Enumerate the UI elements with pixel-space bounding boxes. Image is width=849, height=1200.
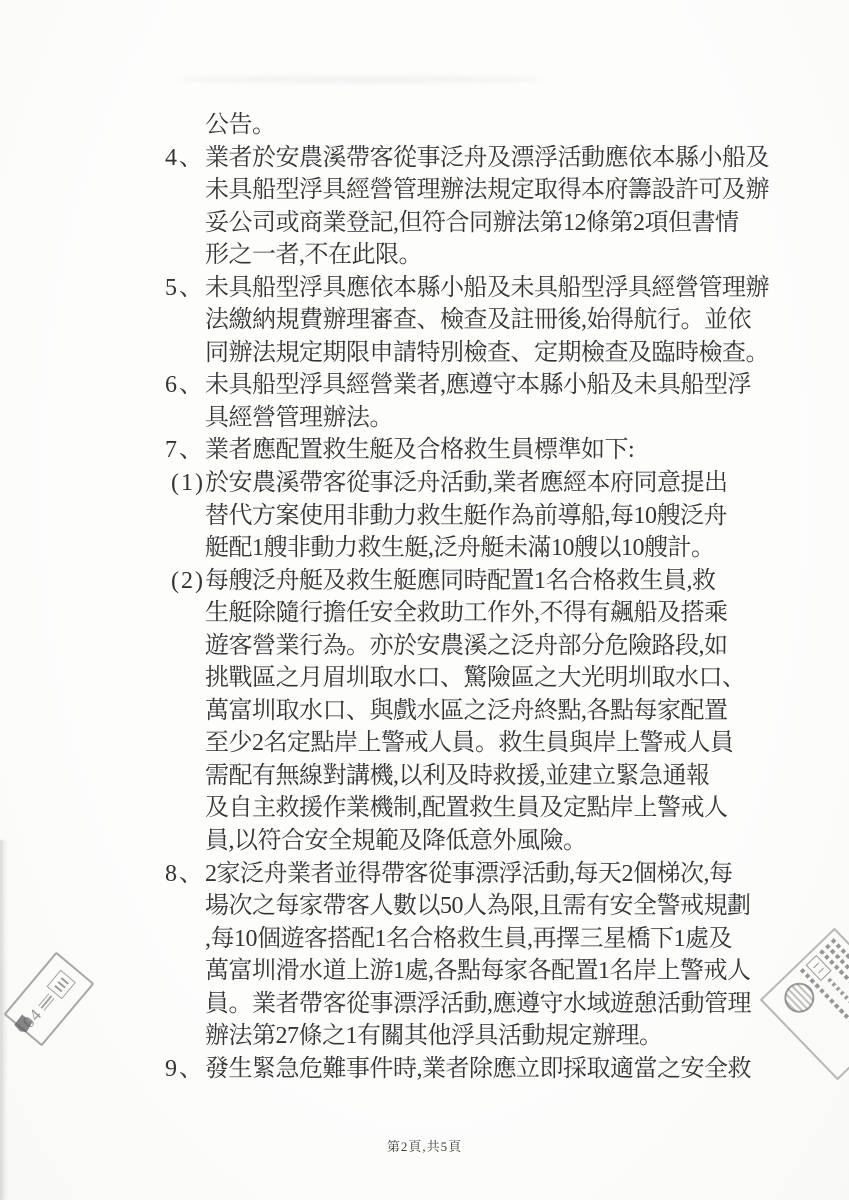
- item-marker: 7、: [165, 434, 205, 467]
- line-text: 辦法第27條之1有關其他浮具活動規定辦理。: [205, 1023, 663, 1049]
- line-text: 場次之每家帶客人數以50人為限,且需有安全警戒規劃: [205, 893, 751, 919]
- line-text: ,每10個遊客搭配1名合格救生員,再擇三星橋下1處及: [205, 926, 732, 952]
- line-text: 未具船型浮具經營業者,應遵守本縣小船及未具船型浮: [205, 372, 751, 398]
- document-text-block: 公告。 4、業者於安農溪帶客從事泛舟及漂浮活動應依本縣小船及 未具船型浮具經營管…: [205, 109, 795, 1085]
- document-line: 萬富圳滑水道上游1處,各點每家各配置1名岸上警戒人: [205, 955, 795, 988]
- document-line: 形之一者,不在此限。: [205, 239, 795, 272]
- line-text: 同辦法規定期限申請特別檢查、定期檢查及臨時檢查。: [205, 340, 769, 366]
- line-text: 未具船型浮具應依本縣小船及未具船型浮具經營管理辦: [205, 275, 769, 301]
- line-text: 至少2名定點岸上警戒人員。救生員與岸上警戒人員: [205, 730, 734, 756]
- item-marker: 4、: [165, 142, 205, 175]
- item-marker: 9、: [165, 1053, 205, 1086]
- line-text: 替代方案使用非動力救生艇作為前導船,每10艘泛舟: [205, 503, 727, 529]
- line-text: 具經營管理辦法。: [205, 405, 393, 431]
- line-text: 業者於安農溪帶客從事泛舟及漂浮活動應依本縣小船及: [205, 145, 769, 171]
- document-line: 辦法第27條之1有關其他浮具活動規定辦理。: [205, 1020, 795, 1053]
- document-line: 7、業者應配置救生艇及合格救生員標準如下:: [205, 434, 795, 467]
- document-line: 替代方案使用非動力救生艇作為前導船,每10艘泛舟: [205, 500, 795, 533]
- document-line: 至少2名定點岸上警戒人員。救生員與岸上警戒人員: [205, 727, 795, 760]
- line-text: 生艇除隨行擔任安全救助工作外,不得有飆船及搭乘: [205, 600, 728, 626]
- line-text: 挑戰區之月眉圳取水口、驚險區之大光明圳取水口、: [205, 665, 746, 691]
- document-line: 未具船型浮具經營管理辦法規定取得本府籌設許可及辦: [205, 174, 795, 207]
- document-line: 場次之每家帶客人數以50人為限,且需有安全警戒規劃: [205, 890, 795, 923]
- line-text: 發生緊急危難事件時,業者除應立即採取適當之安全救: [205, 1056, 751, 1082]
- document-line: ,每10個遊客搭配1名合格救生員,再擇三星橋下1處及: [205, 923, 795, 956]
- document-line: 及自主救援作業機制,配置救生員及定點岸上警戒人: [205, 792, 795, 825]
- line-text: 形之一者,不在此限。: [205, 242, 422, 268]
- scanned-page: 公告。 4、業者於安農溪帶客從事泛舟及漂浮活動應依本縣小船及 未具船型浮具經營管…: [0, 0, 849, 1200]
- line-text: 員,以符合安全規範及降低意外風險。: [205, 828, 587, 854]
- line-text: 艇配1艘非動力救生艇,泛舟艇未滿10艘以10艘計。: [205, 535, 715, 561]
- document-line: 具經營管理辦法。: [205, 402, 795, 435]
- document-line: 生艇除隨行擔任安全救助工作外,不得有飆船及搭乘: [205, 597, 795, 630]
- subitem-marker: (1): [171, 467, 205, 500]
- document-line: 妥公司或商業登記,但符合同辦法第12條第2項但書情: [205, 207, 795, 240]
- line-text: 未具船型浮具經營管理辦法規定取得本府籌設許可及辦: [205, 177, 769, 203]
- subitem-marker: (2): [171, 565, 205, 598]
- document-line: 4、業者於安農溪帶客從事泛舟及漂浮活動應依本縣小船及: [205, 142, 795, 175]
- item-marker: 8、: [165, 858, 205, 891]
- document-line: (2)每艘泛舟艇及救生艇應同時配置1名合格救生員,救: [205, 565, 795, 598]
- line-text: 每艘泛舟艇及救生艇應同時配置1名合格救生員,救: [205, 568, 716, 594]
- document-line: (1)於安農溪帶客從事泛舟活動,業者應經本府同意提出: [205, 467, 795, 500]
- document-line: 8、2家泛舟業者並得帶客從事漂浮活動,每天2個梯次,每: [205, 858, 795, 891]
- line-text: 員。業者帶客從事漂浮活動,應遵守水域遊憩活動管理: [205, 991, 751, 1017]
- document-line: 6、未具船型浮具經營業者,應遵守本縣小船及未具船型浮: [205, 369, 795, 402]
- stamp-lines-icon: [38, 993, 55, 1011]
- document-line: 需配有無線對講機,以利及時救援,並建立緊急通報: [205, 760, 795, 793]
- document-line: 萬富圳取水口、與戲水區之泛舟終點,各點每家配置: [205, 695, 795, 728]
- document-line: 員,以符合安全規範及降低意外風險。: [205, 825, 795, 858]
- document-line: 同辦法規定期限申請特別檢查、定期檢查及臨時檢查。: [205, 337, 795, 370]
- line-text: 於安農溪帶客從事泛舟活動,業者應經本府同意提出: [205, 470, 728, 496]
- document-line: 員。業者帶客從事漂浮活動,應遵守水域遊憩活動管理: [205, 988, 795, 1021]
- line-text: 法繳納規費辦理審查、檢查及註冊後,始得航行。並依: [205, 307, 751, 333]
- document-line: 法繳納規費辦理審查、檢查及註冊後,始得航行。並依: [205, 304, 795, 337]
- document-line: 公告。: [205, 109, 795, 142]
- line-text: 2家泛舟業者並得帶客從事漂浮活動,每天2個梯次,每: [205, 861, 733, 887]
- document-line: 5、未具船型浮具應依本縣小船及未具船型浮具經營管理辦: [205, 272, 795, 305]
- line-text: 業者應配置救生艇及合格救生員標準如下:: [205, 437, 634, 463]
- document-line: 遊客營業行為。亦於安農溪之泛舟部分危險路段,如: [205, 630, 795, 663]
- scan-smudge-artifact: [175, 76, 545, 83]
- line-text: 公告。: [205, 112, 276, 138]
- line-text: 遊客營業行為。亦於安農溪之泛舟部分危險路段,如: [205, 633, 728, 659]
- document-line: 9、發生緊急危難事件時,業者除應立即採取適當之安全救: [205, 1053, 795, 1086]
- document-line: 挑戰區之月眉圳取水口、驚險區之大光明圳取水口、: [205, 662, 795, 695]
- line-text: 萬富圳滑水道上游1處,各點每家各配置1名岸上警戒人: [205, 958, 751, 984]
- line-text: 需配有無線對講機,以利及時救援,並建立緊急通報: [205, 763, 710, 789]
- line-text: 及自主救援作業機制,配置救生員及定點岸上警戒人: [205, 795, 728, 821]
- line-text: 妥公司或商業登記,但符合同辦法第12條第2項但書情: [205, 210, 739, 236]
- document-line: 艇配1艘非動力救生艇,泛舟艇未滿10艘以10艘計。: [205, 532, 795, 565]
- left-stamp: 04: [3, 952, 94, 1047]
- item-marker: 6、: [165, 369, 205, 402]
- item-marker: 5、: [165, 272, 205, 305]
- line-text: 萬富圳取水口、與戲水區之泛舟終點,各點每家配置: [205, 698, 728, 724]
- page-footer: 第2頁,共5頁: [0, 1136, 849, 1155]
